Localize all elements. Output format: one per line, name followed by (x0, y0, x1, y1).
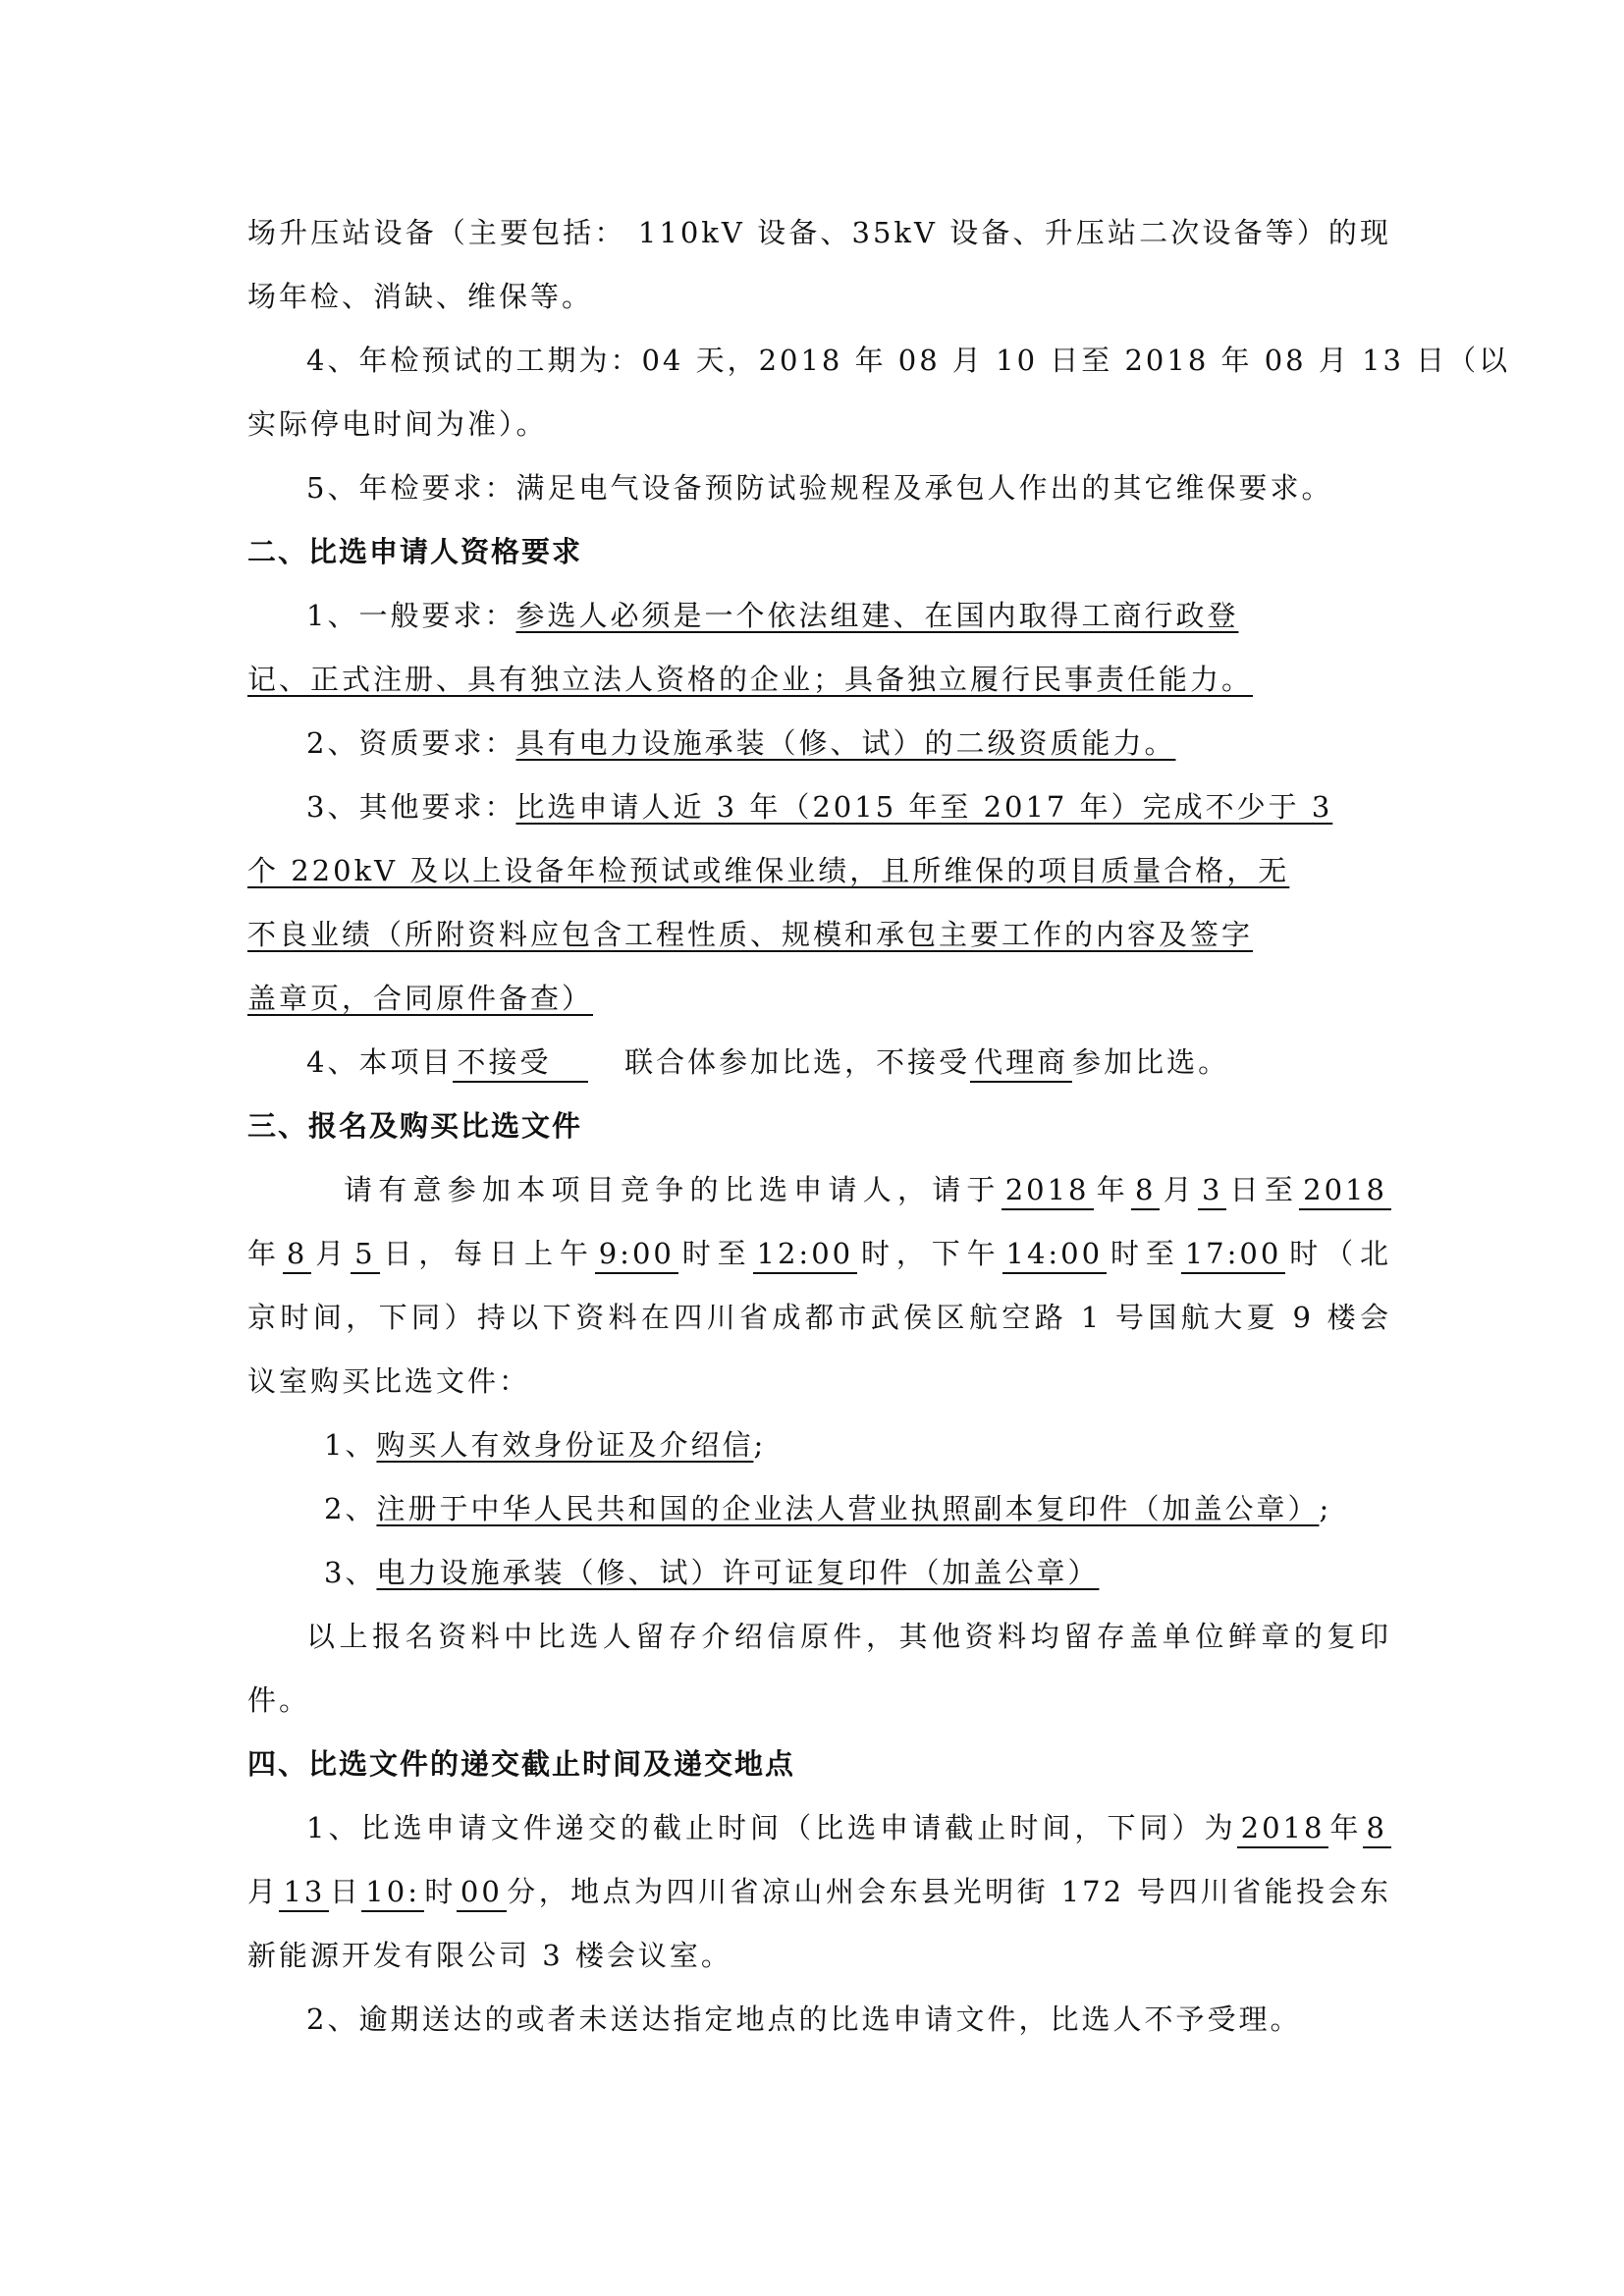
req1-text-cont: 记、正式注册、具有独立法人资格的企业；具备独立履行民事责任能力。 (247, 663, 1253, 696)
deadline-location: 分，地点为四川省凉山州会东县光明街 172 号四川省能投会东 (507, 1875, 1391, 1908)
req3-line-1: 3、其他要求：比选申请人近 3 年（2015 年至 2017 年）完成不少于 3 (306, 787, 1391, 827)
end-month: 8 (283, 1237, 311, 1274)
item4-line-2: 实际停电时间为准）。 (247, 404, 1391, 444)
registration-line-1: 请有意参加本项目竞争的比选申请人，请于2018年8月3日至2018 (344, 1170, 1391, 1209)
req3-line-2: 个 220kV 及以上设备年检预试或维保业绩，且所维保的项目质量合格，无 (247, 851, 1391, 890)
start-year: 2018 (1001, 1173, 1094, 1210)
deadline-year: 2018 (1237, 1811, 1329, 1848)
material-item-2: 2、注册于中华人民共和国的企业法人营业执照副本复印件（加盖公章）; (324, 1489, 1391, 1528)
registration-intro: 请有意参加本项目竞争的比选申请人，请于 (344, 1173, 1001, 1206)
req3-line-3: 不良业绩（所附资料应包含工程性质、规模和承包主要工作的内容及签字 (247, 915, 1391, 954)
req3-label: 3、其他要求： (306, 790, 515, 824)
scope-line-2: 场年检、消缺、维保等。 (247, 277, 1391, 316)
material-text: 购买人有效身份证及介绍信 (376, 1428, 753, 1462)
pm-end: 17:00 (1181, 1237, 1286, 1274)
material-item-1: 1、购买人有效身份证及介绍信; (324, 1425, 1391, 1465)
req4-blank-agent: 代理商 (970, 1045, 1072, 1083)
deadline-minute: 00 (457, 1875, 507, 1912)
material-num: 1、 (324, 1428, 376, 1462)
item5-line: 5、年检要求：满足电气设备预防试验规程及承包人作出的其它维保要求。 (306, 468, 1391, 507)
req3-text: 比选申请人近 3 年（2015 年至 2017 年）完成不少于 3 (515, 790, 1332, 824)
deadline-line-2: 月13日10:时00分，地点为四川省凉山州会东县光明街 172 号四川省能投会东 (247, 1872, 1391, 1911)
material-tail: ; (1319, 1492, 1331, 1525)
beijing-open: 时（北 (1285, 1237, 1391, 1270)
to-1: 时至 (678, 1237, 753, 1270)
req2-line: 2、资质要求：具有电力设施承装（修、试）的二级资质能力。 (306, 723, 1391, 763)
unit-year: 年 (1094, 1173, 1132, 1206)
start-month: 8 (1131, 1173, 1160, 1210)
registration-line-2: 年8月5日，每日上午9:00时至12:00时，下午14:00时至17:00时（北 (247, 1234, 1391, 1273)
unit-year: 年 (1328, 1811, 1362, 1844)
start-day: 3 (1198, 1173, 1226, 1210)
scope-line-1: 场升压站设备（主要包括： 110kV 设备、35kV 设备、升压站二次设备等）的… (247, 213, 1391, 252)
deadline-intro: 1、比选申请文件递交的截止时间（比选申请截止时间，下同）为 (306, 1811, 1237, 1844)
req4-middle: 联合体参加比选，不接受 (624, 1045, 970, 1079)
registration-line-3: 京时间，下同）持以下资料在四川省成都市武侯区航空路 1 号国航大夏 9 楼会 (247, 1298, 1391, 1337)
section3-heading: 三、报名及购买比选文件 (247, 1106, 1391, 1146)
req4-blank-consortium: 不接受 (453, 1045, 588, 1083)
pm-start: 14:00 (1002, 1237, 1108, 1274)
section4-heading: 四、比选文件的递交截止时间及递交地点 (247, 1744, 1391, 1784)
end-year: 2018 (1299, 1173, 1391, 1210)
note-line-1: 以上报名资料中比选人留存介绍信原件，其他资料均留存盖单位鲜章的复印 (306, 1617, 1391, 1656)
late-submission-line: 2、逾期送达的或者未送达指定地点的比选申请文件，比选人不予受理。 (306, 2000, 1391, 2039)
unit-year-2: 年 (247, 1237, 283, 1270)
material-text: 注册于中华人民共和国的企业法人营业执照副本复印件（加盖公章） (376, 1492, 1319, 1525)
req3-text-2: 个 220kV 及以上设备年检预试或维保业绩，且所维保的项目质量合格，无 (247, 854, 1289, 887)
deadline-line-1: 1、比选申请文件递交的截止时间（比选申请截止时间，下同）为2018年8 (306, 1808, 1391, 1847)
req2-label: 2、资质要求： (306, 726, 515, 760)
material-num: 3、 (324, 1556, 376, 1589)
req3-text-3: 不良业绩（所附资料应包含工程性质、规模和承包主要工作的内容及签字 (247, 918, 1253, 951)
end-day: 5 (351, 1237, 379, 1274)
req4-prefix: 4、本项目 (306, 1045, 453, 1079)
unit-day-to: 日至 (1226, 1173, 1299, 1206)
am-end: 12:00 (753, 1237, 858, 1274)
unit-month-2: 月 (311, 1237, 351, 1270)
deadline-day: 13 (279, 1875, 329, 1912)
unit-hour: 时 (424, 1875, 457, 1908)
document-page: 场升压站设备（主要包括： 110kV 设备、35kV 设备、升压站二次设备等）的… (0, 0, 1624, 2296)
material-item-3: 3、电力设施承装（修、试）许可证复印件（加盖公章） (324, 1553, 1391, 1592)
material-tail: ; (753, 1428, 766, 1462)
item4-line-1: 4、年检预试的工期为：04 天，2018 年 08 月 10 日至 2018 年… (306, 341, 1391, 380)
req4-suffix: 参加比选。 (1072, 1045, 1229, 1079)
section2-heading: 二、比选申请人资格要求 (247, 532, 1391, 571)
req3-line-4: 盖章页，合同原件备查） (247, 979, 1391, 1018)
unit-day: 日 (329, 1875, 361, 1908)
req1-line-2: 记、正式注册、具有独立法人资格的企业；具备独立履行民事责任能力。 (247, 660, 1391, 699)
req4-line: 4、本项目不接受 联合体参加比选，不接受代理商参加比选。 (306, 1042, 1391, 1082)
deadline-line-3: 新能源开发有限公司 3 楼会议室。 (247, 1936, 1391, 1975)
req3-text-4: 盖章页，合同原件备查） (247, 982, 593, 1015)
material-num: 2、 (324, 1492, 376, 1525)
unit-month: 月 (247, 1875, 279, 1908)
afternoon: 时，下午 (857, 1237, 1001, 1270)
unit-month: 月 (1160, 1173, 1198, 1206)
deadline-hour: 10: (361, 1875, 424, 1912)
to-2: 时至 (1107, 1237, 1181, 1270)
am-start: 9:00 (595, 1237, 678, 1274)
req2-text: 具有电力设施承装（修、试）的二级资质能力。 (515, 726, 1175, 760)
req1-label: 1、一般要求： (306, 599, 515, 632)
req1-line-1: 1、一般要求：参选人必须是一个依法组建、在国内取得工商行政登 (306, 596, 1391, 635)
registration-line-4: 议室购买比选文件： (247, 1362, 1391, 1401)
deadline-month: 8 (1363, 1811, 1391, 1848)
req1-text: 参选人必须是一个依法组建、在国内取得工商行政登 (515, 599, 1238, 632)
note-line-2: 件。 (247, 1681, 1391, 1720)
material-text: 电力设施承装（修、试）许可证复印件（加盖公章） (376, 1556, 1099, 1589)
daily-morning: 日，每日上午 (380, 1237, 595, 1270)
